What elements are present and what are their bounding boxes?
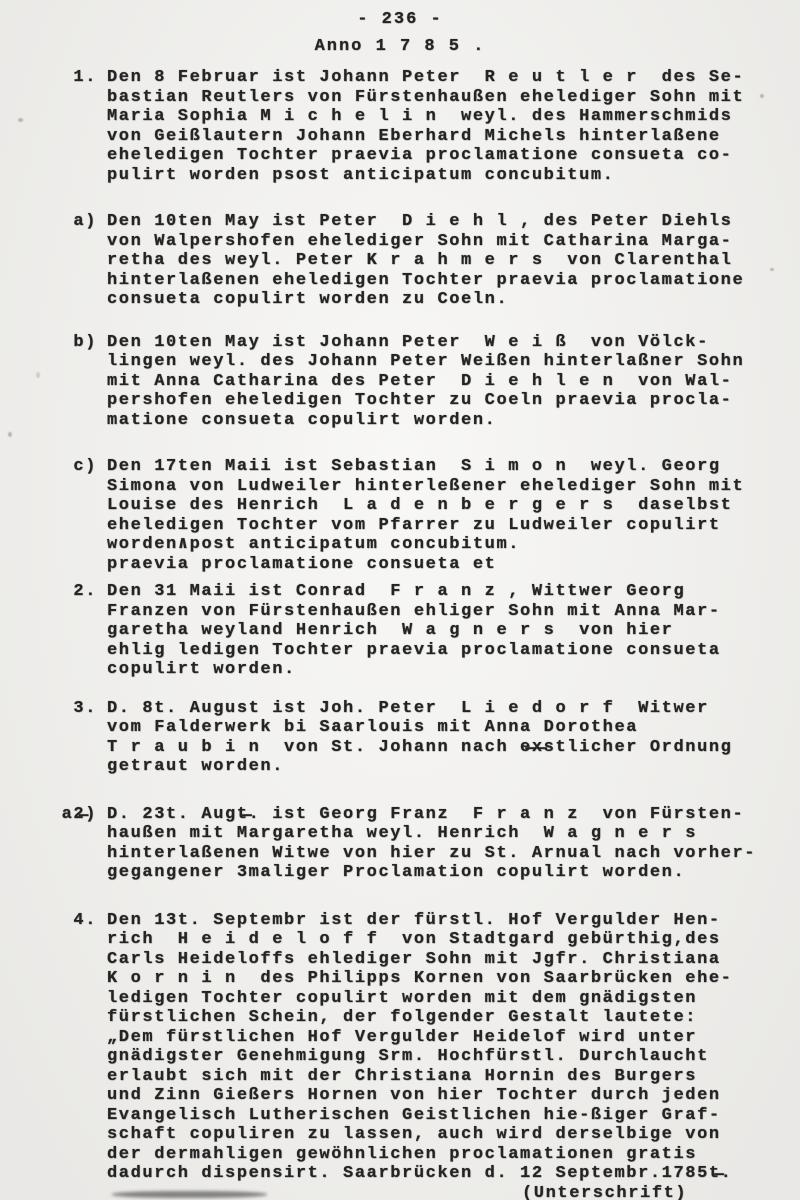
text-line: pershofen eheledigen Tochter zu Coeln pr…: [107, 391, 744, 411]
scan-speck: [8, 432, 12, 437]
text-line: pulirt worden psost anticipatum concubit…: [107, 166, 744, 186]
text-line: Den 8 Februar ist Johann Peter R e u t l…: [107, 68, 744, 88]
scan-speck: [18, 118, 23, 122]
entry-body: D. 23t. Augt̶. ist Georg Franz F r a n z…: [107, 805, 756, 883]
register-entry: 1. Den 8 Februar ist Johann Peter R e u …: [0, 68, 800, 185]
text-line: D. 8t. August ist Joh. Peter L i e d o r…: [107, 699, 733, 719]
page-number: - 236 -: [0, 10, 800, 30]
text-line: garetha weyland Henrich W a g n e r s vo…: [107, 621, 721, 641]
text-line: „Dem fürstlichen Hof Vergulder Heidelof …: [107, 1028, 733, 1048]
text-line: Den 17ten Maii ist Sebastian S i m o n w…: [107, 457, 744, 477]
entry-label: b): [0, 333, 97, 353]
register-entry: a) Den 10ten May ist Peter D i e h l , d…: [0, 212, 800, 310]
entry-body: Den 10ten May ist Johann Peter W e i ß v…: [107, 333, 744, 431]
text-line: erlaubt sich mit der Christiana Hornin d…: [107, 1067, 733, 1087]
text-line: hinterlaßenen eheledigen Tochter praevia…: [107, 271, 744, 291]
entry-body: Den 10ten May ist Peter D i e h l , des …: [107, 212, 744, 310]
page-header: - 236 - Anno 1 7 8 5 .: [0, 0, 800, 57]
text-line: bastian Reutlers von Fürstenhaußen ehele…: [107, 88, 744, 108]
text-line: fürstlichen Schein, der folgender Gestal…: [107, 1008, 733, 1028]
text-line: schaft copuliren zu lassen, auch wird de…: [107, 1125, 733, 1145]
register-entry: 2. Den 31 Maii ist Conrad F r a n z , Wi…: [0, 582, 800, 680]
text-line: hinterlaßenen Witwe von hier zu St. Arnu…: [107, 844, 756, 864]
text-line: vom Falderwerk bi Saarlouis mit Anna Dor…: [107, 718, 733, 738]
entry-label: 2.: [0, 582, 97, 602]
text-line: gegangener 3maliger Proclamation copulir…: [107, 863, 756, 883]
entries: 1. Den 8 Februar ist Johann Peter R e u …: [0, 68, 800, 1200]
entry-label: a2̶): [0, 805, 97, 825]
entry-label: 4.: [0, 911, 97, 931]
entry-body: Den 13t. Septembr ist der fürstl. Hof Ve…: [107, 911, 733, 1200]
text-line: retha des weyl. Peter K r a h m e r s vo…: [107, 251, 744, 271]
text-line: gnädigster Genehmigung Srm. Hochfürstl. …: [107, 1047, 733, 1067]
scan-speck: [770, 268, 774, 271]
entry-label: a): [0, 212, 97, 232]
page-title: Anno 1 7 8 5 .: [0, 37, 800, 57]
entry-label: 1.: [0, 68, 97, 88]
text-line: Franzen von Fürstenhaußen ehliger Sohn m…: [107, 602, 721, 622]
text-line: und Zinn Gießers Hornen von hier Tochter…: [107, 1086, 733, 1106]
text-line: ehlig ledigen Tochter praevia proclamati…: [107, 641, 721, 661]
entry-body: Den 31 Maii ist Conrad F r a n z , Wittw…: [107, 582, 721, 680]
register-entry: 4. Den 13t. Septembr ist der fürstl. Hof…: [0, 911, 800, 1200]
text-line: lingen weyl. des Johann Peter Weißen hin…: [107, 352, 744, 372]
text-line: ledigen Tochter copulirt worden mit dem …: [107, 989, 733, 1009]
scan-speck: [36, 372, 40, 378]
scanned-register-page: - 236 - Anno 1 7 8 5 . 1. Den 8 Februar …: [0, 0, 800, 1200]
text-line: D. 23t. Augt̶. ist Georg Franz F r a n z…: [107, 805, 756, 825]
text-line: haußen mit Margaretha weyl. Henrich W a …: [107, 824, 756, 844]
text-line: praevia proclamatione consueta et: [107, 555, 744, 575]
scan-speck: [760, 94, 764, 98]
text-line: dadurch dispensirt. Saarbrücken d. 12 Se…: [107, 1164, 733, 1184]
text-line: Den 13t. Septembr ist der fürstl. Hof Ve…: [107, 911, 733, 931]
text-line: eheledigen Tochter vom Pfarrer zu Ludwei…: [107, 516, 744, 536]
ink-smudge: [112, 1191, 267, 1198]
text-line: Simona von Ludweiler hinterleßener ehele…: [107, 477, 744, 497]
text-line: K o r n i n des Philipps Kornen von Saar…: [107, 969, 733, 989]
text-line: Den 10ten May ist Peter D i e h l , des …: [107, 212, 744, 232]
text-line: von Walpershofen ehelediger Sohn mit Cat…: [107, 232, 744, 252]
register-entry: b) Den 10ten May ist Johann Peter W e i …: [0, 333, 800, 431]
text-line: T r a u b i n von St. Johann nach e̶x̶st…: [107, 738, 733, 758]
entry-body: Den 8 Februar ist Johann Peter R e u t l…: [107, 68, 744, 185]
text-line: von Geißlautern Johann Eberhard Michels …: [107, 127, 744, 147]
text-line: consueta copulirt worden zu Coeln.: [107, 290, 744, 310]
entry-body: D. 8t. August ist Joh. Peter L i e d o r…: [107, 699, 733, 777]
text-line: worden∧post anticipatum concubitum.: [107, 535, 744, 555]
text-line: Maria Sophia M i c h e l i n weyl. des H…: [107, 107, 744, 127]
text-line: Den 10ten May ist Johann Peter W e i ß v…: [107, 333, 744, 353]
text-line: rich H e i d e l o f f von Stadtgard geb…: [107, 930, 733, 950]
register-entry: 3. D. 8t. August ist Joh. Peter L i e d …: [0, 699, 800, 777]
text-line: Carls Heideloffs ehlediger Sohn mit Jgfr…: [107, 950, 733, 970]
text-line: Den 31 Maii ist Conrad F r a n z , Wittw…: [107, 582, 721, 602]
register-entry: a2̶) D. 23t. Augt̶. ist Georg Franz F r …: [0, 805, 800, 883]
entry-body: Den 17ten Maii ist Sebastian S i m o n w…: [107, 457, 744, 574]
entry-label: 3.: [0, 699, 97, 719]
text-line: der dermahligen gewöhnlichen proclamatio…: [107, 1145, 733, 1165]
text-line: mit Anna Catharina des Peter D i e h l e…: [107, 372, 744, 392]
text-line: Evangelisch Lutherischen Geistlichen hie…: [107, 1106, 733, 1126]
text-line: Louise des Henrich L a d e n b e r g e r…: [107, 496, 744, 516]
register-entry: c) Den 17ten Maii ist Sebastian S i m o …: [0, 457, 800, 574]
entry-label: c): [0, 457, 97, 477]
text-line: matione consueta copulirt worden.: [107, 411, 744, 431]
text-line: getraut worden.: [107, 757, 733, 777]
text-line: copulirt worden.: [107, 660, 721, 680]
text-line: eheledigen Tochter praevia proclamatione…: [107, 146, 744, 166]
